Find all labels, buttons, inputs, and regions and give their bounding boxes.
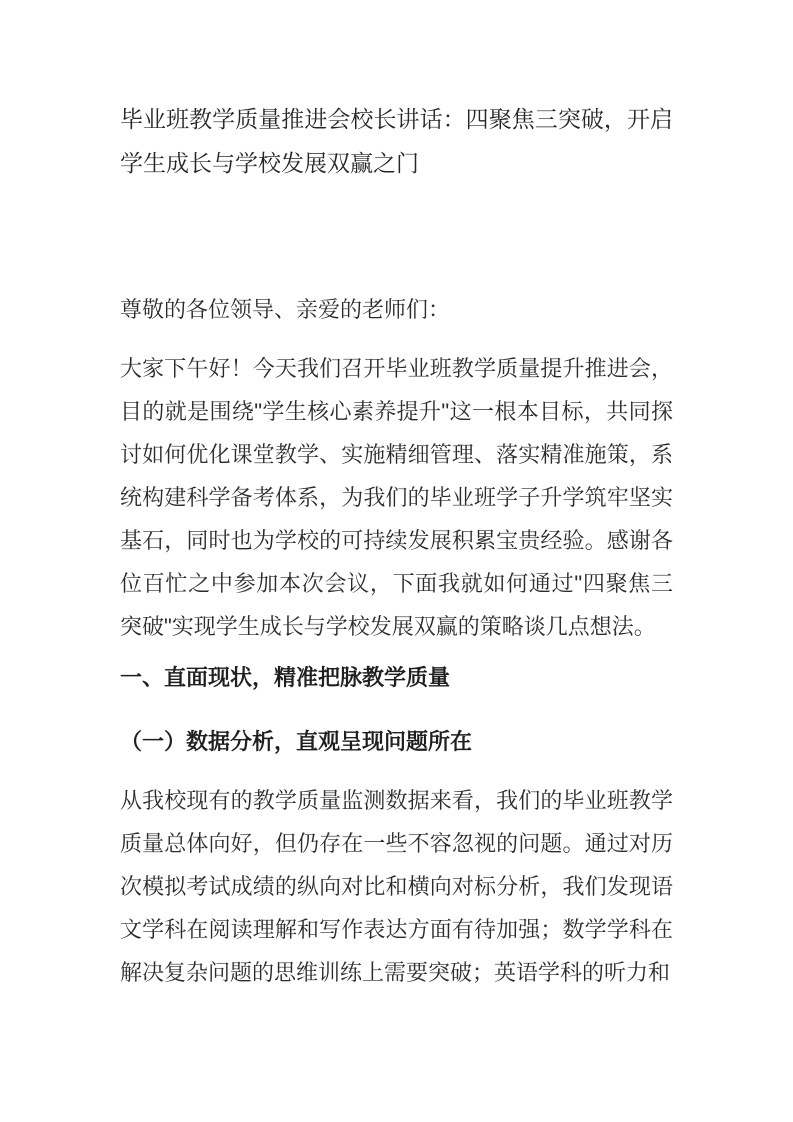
greeting-line: 尊敬的各位领导、亲爱的老师们： <box>120 288 673 331</box>
analysis-paragraph: 从我校现有的教学质量监测数据来看，我们的毕业班教学质量总体向好，但仍存在一些不容… <box>120 779 673 994</box>
subsection-heading: （一）数据分析，直观呈现问题所在 <box>120 720 673 763</box>
document-title: 毕业班教学质量推进会校长讲话：四聚焦三突破，开启学生成长与学校发展双赢之门 <box>120 97 673 185</box>
document-content: 毕业班教学质量推进会校长讲话：四聚焦三突破，开启学生成长与学校发展双赢之门 尊敬… <box>120 0 673 994</box>
section-heading: 一、直面现状，精准把脉教学质量 <box>120 656 673 699</box>
intro-paragraph: 大家下午好！今天我们召开毕业班教学质量提升推进会，目的就是围绕"学生核心素养提升… <box>120 347 673 648</box>
document-page: 毕业班教学质量推进会校长讲话：四聚焦三突破，开启学生成长与学校发展双赢之门 尊敬… <box>0 0 793 1122</box>
